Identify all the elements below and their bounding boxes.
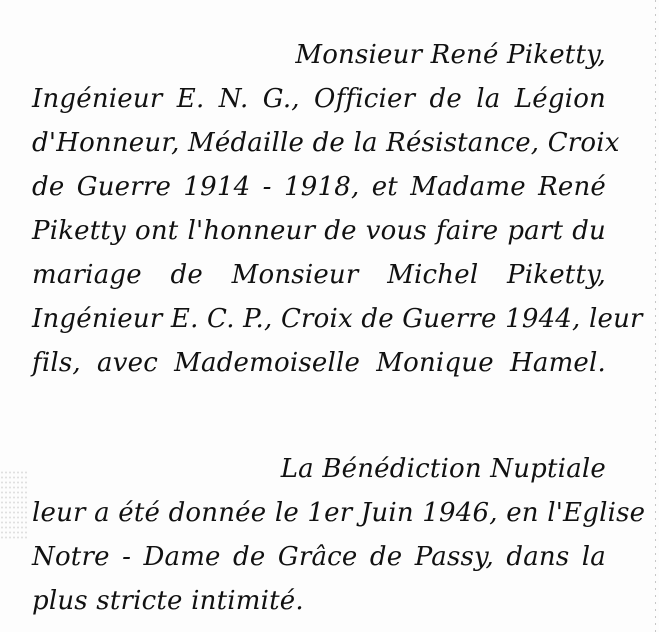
text-line: fils, avec Mademoiselle Monique Hamel. — [32, 348, 606, 378]
scanned-document-page: Monsieur René Piketty, Ingénieur E. N. G… — [0, 0, 659, 632]
scan-noise — [0, 470, 28, 540]
scan-edge-border — [655, 0, 656, 632]
text-line: mariage de Monsieur Michel Piketty, — [32, 260, 606, 290]
text-line: Piketty ont l'honneur de vous faire part… — [32, 216, 606, 246]
text-line: d'Honneur, Médaille de la Résistance, Cr… — [32, 128, 606, 158]
text-line: de Guerre 1914 - 1918, et Madame René — [32, 172, 606, 202]
text-line: Ingénieur E. C. P., Croix de Guerre 1944… — [32, 304, 606, 334]
text-line: leur a été donnée le 1er Juin 1946, en l… — [32, 498, 606, 528]
text-line: plus stricte intimité. — [32, 586, 606, 616]
text-line: Notre - Dame de Grâce de Passy, dans la — [32, 542, 606, 572]
text-line: Ingénieur E. N. G., Officier de la Légio… — [32, 84, 606, 114]
benediction-heading: La Bénédiction Nuptiale — [32, 454, 606, 484]
salutation-line: Monsieur René Piketty, — [32, 40, 606, 70]
